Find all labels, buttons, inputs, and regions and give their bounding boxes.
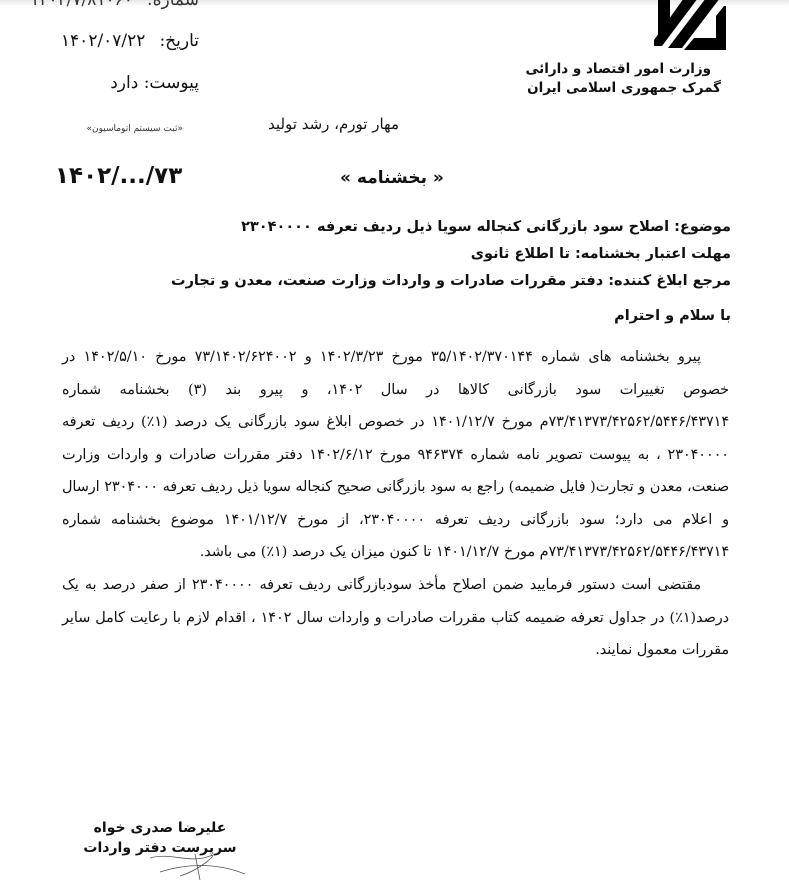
letter-date-label: تاریخ: xyxy=(159,31,199,51)
body-paragraph-2: مقتضی است دستور فرمایید ضمن اصلاح مأخذ س… xyxy=(62,569,729,667)
letter-number-value: ۱۴۰۲/۷/۸۱۰۶۰ xyxy=(30,0,133,10)
document-title: « بخشنامه » xyxy=(340,168,444,188)
subject-line: موضوع: اصلاح سود بازرگانی کنجاله سویا ذی… xyxy=(171,214,731,241)
attachment-label: پیوست: xyxy=(144,73,199,93)
authority-line: مرجع ابلاغ کننده: دفتر مقررات صادرات و و… xyxy=(171,268,731,295)
letter-date-value: ۱۴۰۲/۰۷/۲۲ xyxy=(61,31,146,51)
customs-name: گمرک جمهوری اسلامی ایران xyxy=(527,80,721,96)
validity-line: مهلت اعتبار بخشنامه: تا اطلاع ثانوی xyxy=(171,241,731,268)
customs-logo-icon xyxy=(654,0,726,50)
greeting: با سلام و احترام xyxy=(614,308,731,324)
circular-headings: موضوع: اصلاح سود بازرگانی کنجاله سویا ذی… xyxy=(171,214,731,295)
handwritten-signature-icon xyxy=(140,850,250,880)
slogan: مهار تورم، رشد تولید xyxy=(268,115,399,133)
circular-number: ۱۴۰۲/.../۷۳ xyxy=(55,163,182,189)
ministry-name: وزارت امور اقتصاد و دارائی xyxy=(526,61,712,77)
document-page: شماره:۱۴۰۲/۷/۸۱۰۶۰ تاریخ:۱۴۰۲/۰۷/۲۲ پیوس… xyxy=(0,0,789,880)
letter-number-label: شماره: xyxy=(147,0,199,10)
letter-date: تاریخ:۱۴۰۲/۰۷/۲۲ xyxy=(61,31,199,51)
letter-attachment: پیوست: دارد xyxy=(110,73,199,93)
body-paragraph-1: پیرو بخشنامه های شماره ۳۵/۱۴۰۲/۳۷۰۱۴۴ مو… xyxy=(62,341,729,569)
attachment-value: دارد xyxy=(110,73,138,93)
signatory-name: علیرضا صدری خواه xyxy=(80,818,240,838)
letter-number: شماره:۱۴۰۲/۷/۸۱۰۶۰ xyxy=(30,0,199,10)
automation-stamp-note: «ثبت سیستم اتوماسیون» xyxy=(86,124,183,134)
